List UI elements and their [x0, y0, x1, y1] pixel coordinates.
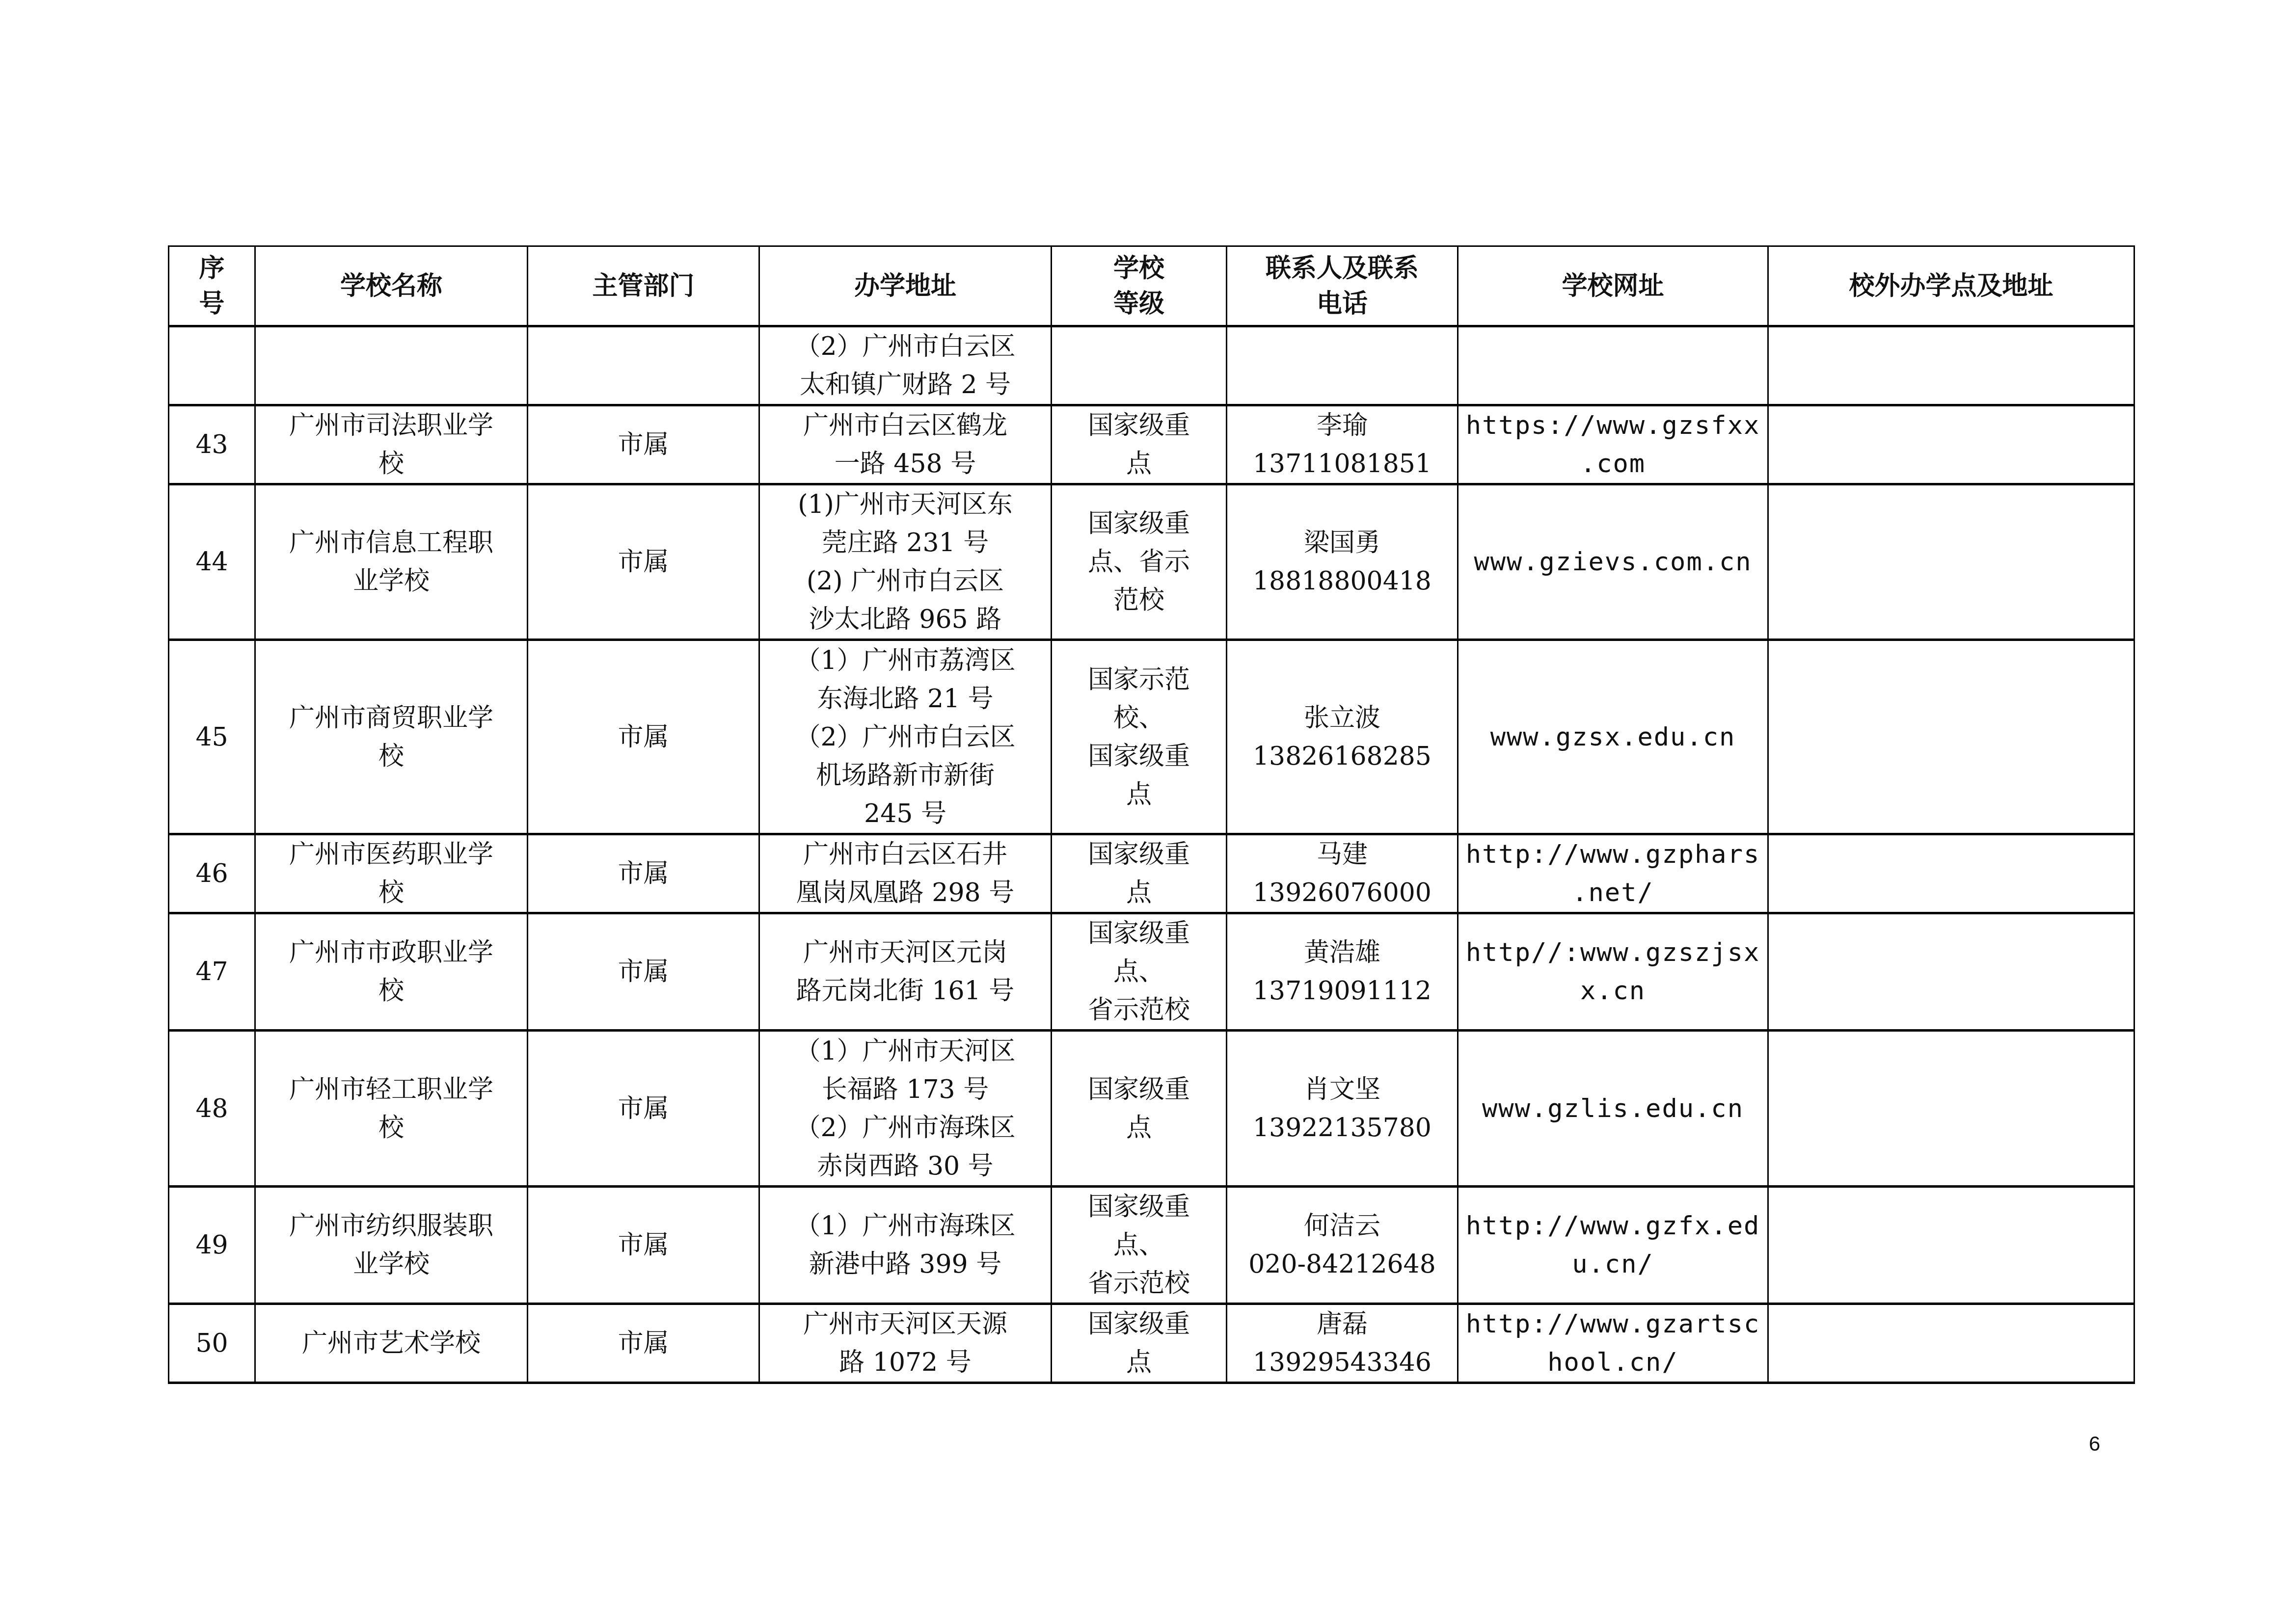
cell-address: 广州市天河区天源 路 1072 号	[759, 1304, 1052, 1383]
header-index: 序 号	[169, 246, 255, 326]
cell-index	[169, 326, 255, 405]
cell-level: 国家级重 点	[1052, 405, 1227, 484]
website-link[interactable]: http//:www.gzszjsx	[1463, 933, 1762, 972]
cell-branch	[1768, 913, 2134, 1031]
cell-website[interactable]: http://www.gzfx.ed u.cn/	[1458, 1187, 1768, 1304]
cell-branch	[1768, 1304, 2134, 1383]
vocational-schools-table: 序 号 学校名称 主管部门 办学地址 学校 等级 联系人及联系	[168, 245, 2135, 1384]
website-link[interactable]: http://www.gzfx.ed	[1463, 1207, 1762, 1245]
table-row: 46 广州市医药职业学 校 市属 广州市白云区石井 凰岗凤凰路 298 号 国家…	[169, 834, 2134, 913]
cell-index: 46	[169, 834, 255, 913]
cell-school-name: 广州市纺织服装职 业学校	[255, 1187, 528, 1304]
cell-address: （1）广州市海珠区 新港中路 399 号	[759, 1187, 1052, 1304]
header-address: 办学地址	[759, 246, 1052, 326]
cell-level: 国家级重 点	[1052, 1031, 1227, 1187]
website-link[interactable]: www.gzsx.edu.cn	[1463, 718, 1762, 756]
header-level: 学校 等级	[1052, 246, 1227, 326]
cell-level: 国家级重 点	[1052, 1304, 1227, 1383]
cell-school-name: 广州市医药职业学 校	[255, 834, 528, 913]
table-row: （2）广州市白云区 太和镇广财路 2 号	[169, 326, 2134, 405]
cell-address: 广州市天河区元岗 路元岗北街 161 号	[759, 913, 1052, 1031]
cell-contact: 黄浩雄 13719091112	[1227, 913, 1458, 1031]
cell-index: 50	[169, 1304, 255, 1383]
cell-contact: 张立波 13826168285	[1227, 640, 1458, 834]
cell-department: 市属	[528, 1187, 759, 1304]
cell-branch	[1768, 326, 2134, 405]
header-school-name: 学校名称	[255, 246, 528, 326]
website-link[interactable]: www.gzlis.edu.cn	[1463, 1090, 1762, 1128]
cell-website[interactable]: https://www.gzsfxx .com	[1458, 405, 1768, 484]
cell-school-name: 广州市信息工程职 业学校	[255, 484, 528, 640]
cell-index: 49	[169, 1187, 255, 1304]
page-number: 6	[2089, 1432, 2100, 1456]
cell-contact	[1227, 326, 1458, 405]
cell-school-name: 广州市商贸职业学 校	[255, 640, 528, 834]
cell-branch	[1768, 834, 2134, 913]
cell-level: 国家级重 点	[1052, 834, 1227, 913]
cell-branch	[1768, 405, 2134, 484]
cell-department: 市属	[528, 640, 759, 834]
cell-index: 47	[169, 913, 255, 1031]
website-link[interactable]: https://www.gzsfxx	[1463, 406, 1762, 445]
table-row: 43 广州市司法职业学 校 市属 广州市白云区鹤龙 一路 458 号 国家级重 …	[169, 405, 2134, 484]
cell-department: 市属	[528, 913, 759, 1031]
cell-branch	[1768, 640, 2134, 834]
cell-website[interactable]: http//:www.gzszjsx x.cn	[1458, 913, 1768, 1031]
website-link[interactable]: http://www.gzartsc	[1463, 1305, 1762, 1343]
cell-contact: 马建 13926076000	[1227, 834, 1458, 913]
table-row: 45 广州市商贸职业学 校 市属 （1）广州市荔湾区 东海北路 21 号 （2）…	[169, 640, 2134, 834]
cell-address: (1)广州市天河区东 莞庄路 231 号 (2) 广州市白云区 沙太北路 965…	[759, 484, 1052, 640]
cell-level	[1052, 326, 1227, 405]
cell-department	[528, 326, 759, 405]
cell-department: 市属	[528, 484, 759, 640]
cell-website[interactable]: www.gzlis.edu.cn	[1458, 1031, 1768, 1187]
cell-website[interactable]: http://www.gzartsc hool.cn/	[1458, 1304, 1768, 1383]
cell-branch	[1768, 484, 2134, 640]
cell-address: 广州市白云区鹤龙 一路 458 号	[759, 405, 1052, 484]
cell-school-name: 广州市市政职业学 校	[255, 913, 528, 1031]
cell-school-name: 广州市艺术学校	[255, 1304, 528, 1383]
website-link[interactable]: http://www.gzphars	[1463, 835, 1762, 874]
cell-school-name: 广州市轻工职业学 校	[255, 1031, 528, 1187]
cell-address: 广州市白云区石井 凰岗凤凰路 298 号	[759, 834, 1052, 913]
cell-branch	[1768, 1187, 2134, 1304]
cell-level: 国家级重 点、 省示范校	[1052, 913, 1227, 1031]
cell-department: 市属	[528, 1304, 759, 1383]
cell-index: 43	[169, 405, 255, 484]
cell-branch	[1768, 1031, 2134, 1187]
cell-contact: 何洁云 020-84212648	[1227, 1187, 1458, 1304]
header-website: 学校网址	[1458, 246, 1768, 326]
header-contact: 联系人及联系 电话	[1227, 246, 1458, 326]
website-link[interactable]: www.gzievs.com.cn	[1463, 543, 1762, 581]
cell-address: （2）广州市白云区 太和镇广财路 2 号	[759, 326, 1052, 405]
table-row: 48 广州市轻工职业学 校 市属 （1）广州市天河区 长福路 173 号 （2）…	[169, 1031, 2134, 1187]
cell-index: 44	[169, 484, 255, 640]
cell-contact: 梁国勇 18818800418	[1227, 484, 1458, 640]
cell-contact: 肖文坚 13922135780	[1227, 1031, 1458, 1187]
cell-index: 48	[169, 1031, 255, 1187]
cell-address: （1）广州市天河区 长福路 173 号 （2）广州市海珠区 赤岗西路 30 号	[759, 1031, 1052, 1187]
cell-index: 45	[169, 640, 255, 834]
cell-level: 国家级重 点、 省示范校	[1052, 1187, 1227, 1304]
cell-department: 市属	[528, 405, 759, 484]
table-row: 44 广州市信息工程职 业学校 市属 (1)广州市天河区东 莞庄路 231 号 …	[169, 484, 2134, 640]
table-row: 50 广州市艺术学校 市属 广州市天河区天源 路 1072 号 国家级重 点 唐…	[169, 1304, 2134, 1383]
header-branch: 校外办学点及地址	[1768, 246, 2134, 326]
cell-contact: 唐磊 13929543346	[1227, 1304, 1458, 1383]
table-row: 47 广州市市政职业学 校 市属 广州市天河区元岗 路元岗北街 161 号 国家…	[169, 913, 2134, 1031]
cell-website	[1458, 326, 1768, 405]
cell-school-name	[255, 326, 528, 405]
cell-level: 国家级重 点、省示 范校	[1052, 484, 1227, 640]
cell-department: 市属	[528, 1031, 759, 1187]
cell-department: 市属	[528, 834, 759, 913]
cell-website[interactable]: http://www.gzphars .net/	[1458, 834, 1768, 913]
table-row: 49 广州市纺织服装职 业学校 市属 （1）广州市海珠区 新港中路 399 号 …	[169, 1187, 2134, 1304]
table-header-row: 序 号 学校名称 主管部门 办学地址 学校 等级 联系人及联系	[169, 246, 2134, 326]
cell-contact: 李瑜 13711081851	[1227, 405, 1458, 484]
document-page: 序 号 学校名称 主管部门 办学地址 学校 等级 联系人及联系	[0, 0, 2296, 1623]
cell-address: （1）广州市荔湾区 东海北路 21 号 （2）广州市白云区 机场路新市新街 24…	[759, 640, 1052, 834]
cell-level: 国家示范 校、 国家级重 点	[1052, 640, 1227, 834]
cell-website[interactable]: www.gzievs.com.cn	[1458, 484, 1768, 640]
cell-school-name: 广州市司法职业学 校	[255, 405, 528, 484]
cell-website[interactable]: www.gzsx.edu.cn	[1458, 640, 1768, 834]
header-department: 主管部门	[528, 246, 759, 326]
